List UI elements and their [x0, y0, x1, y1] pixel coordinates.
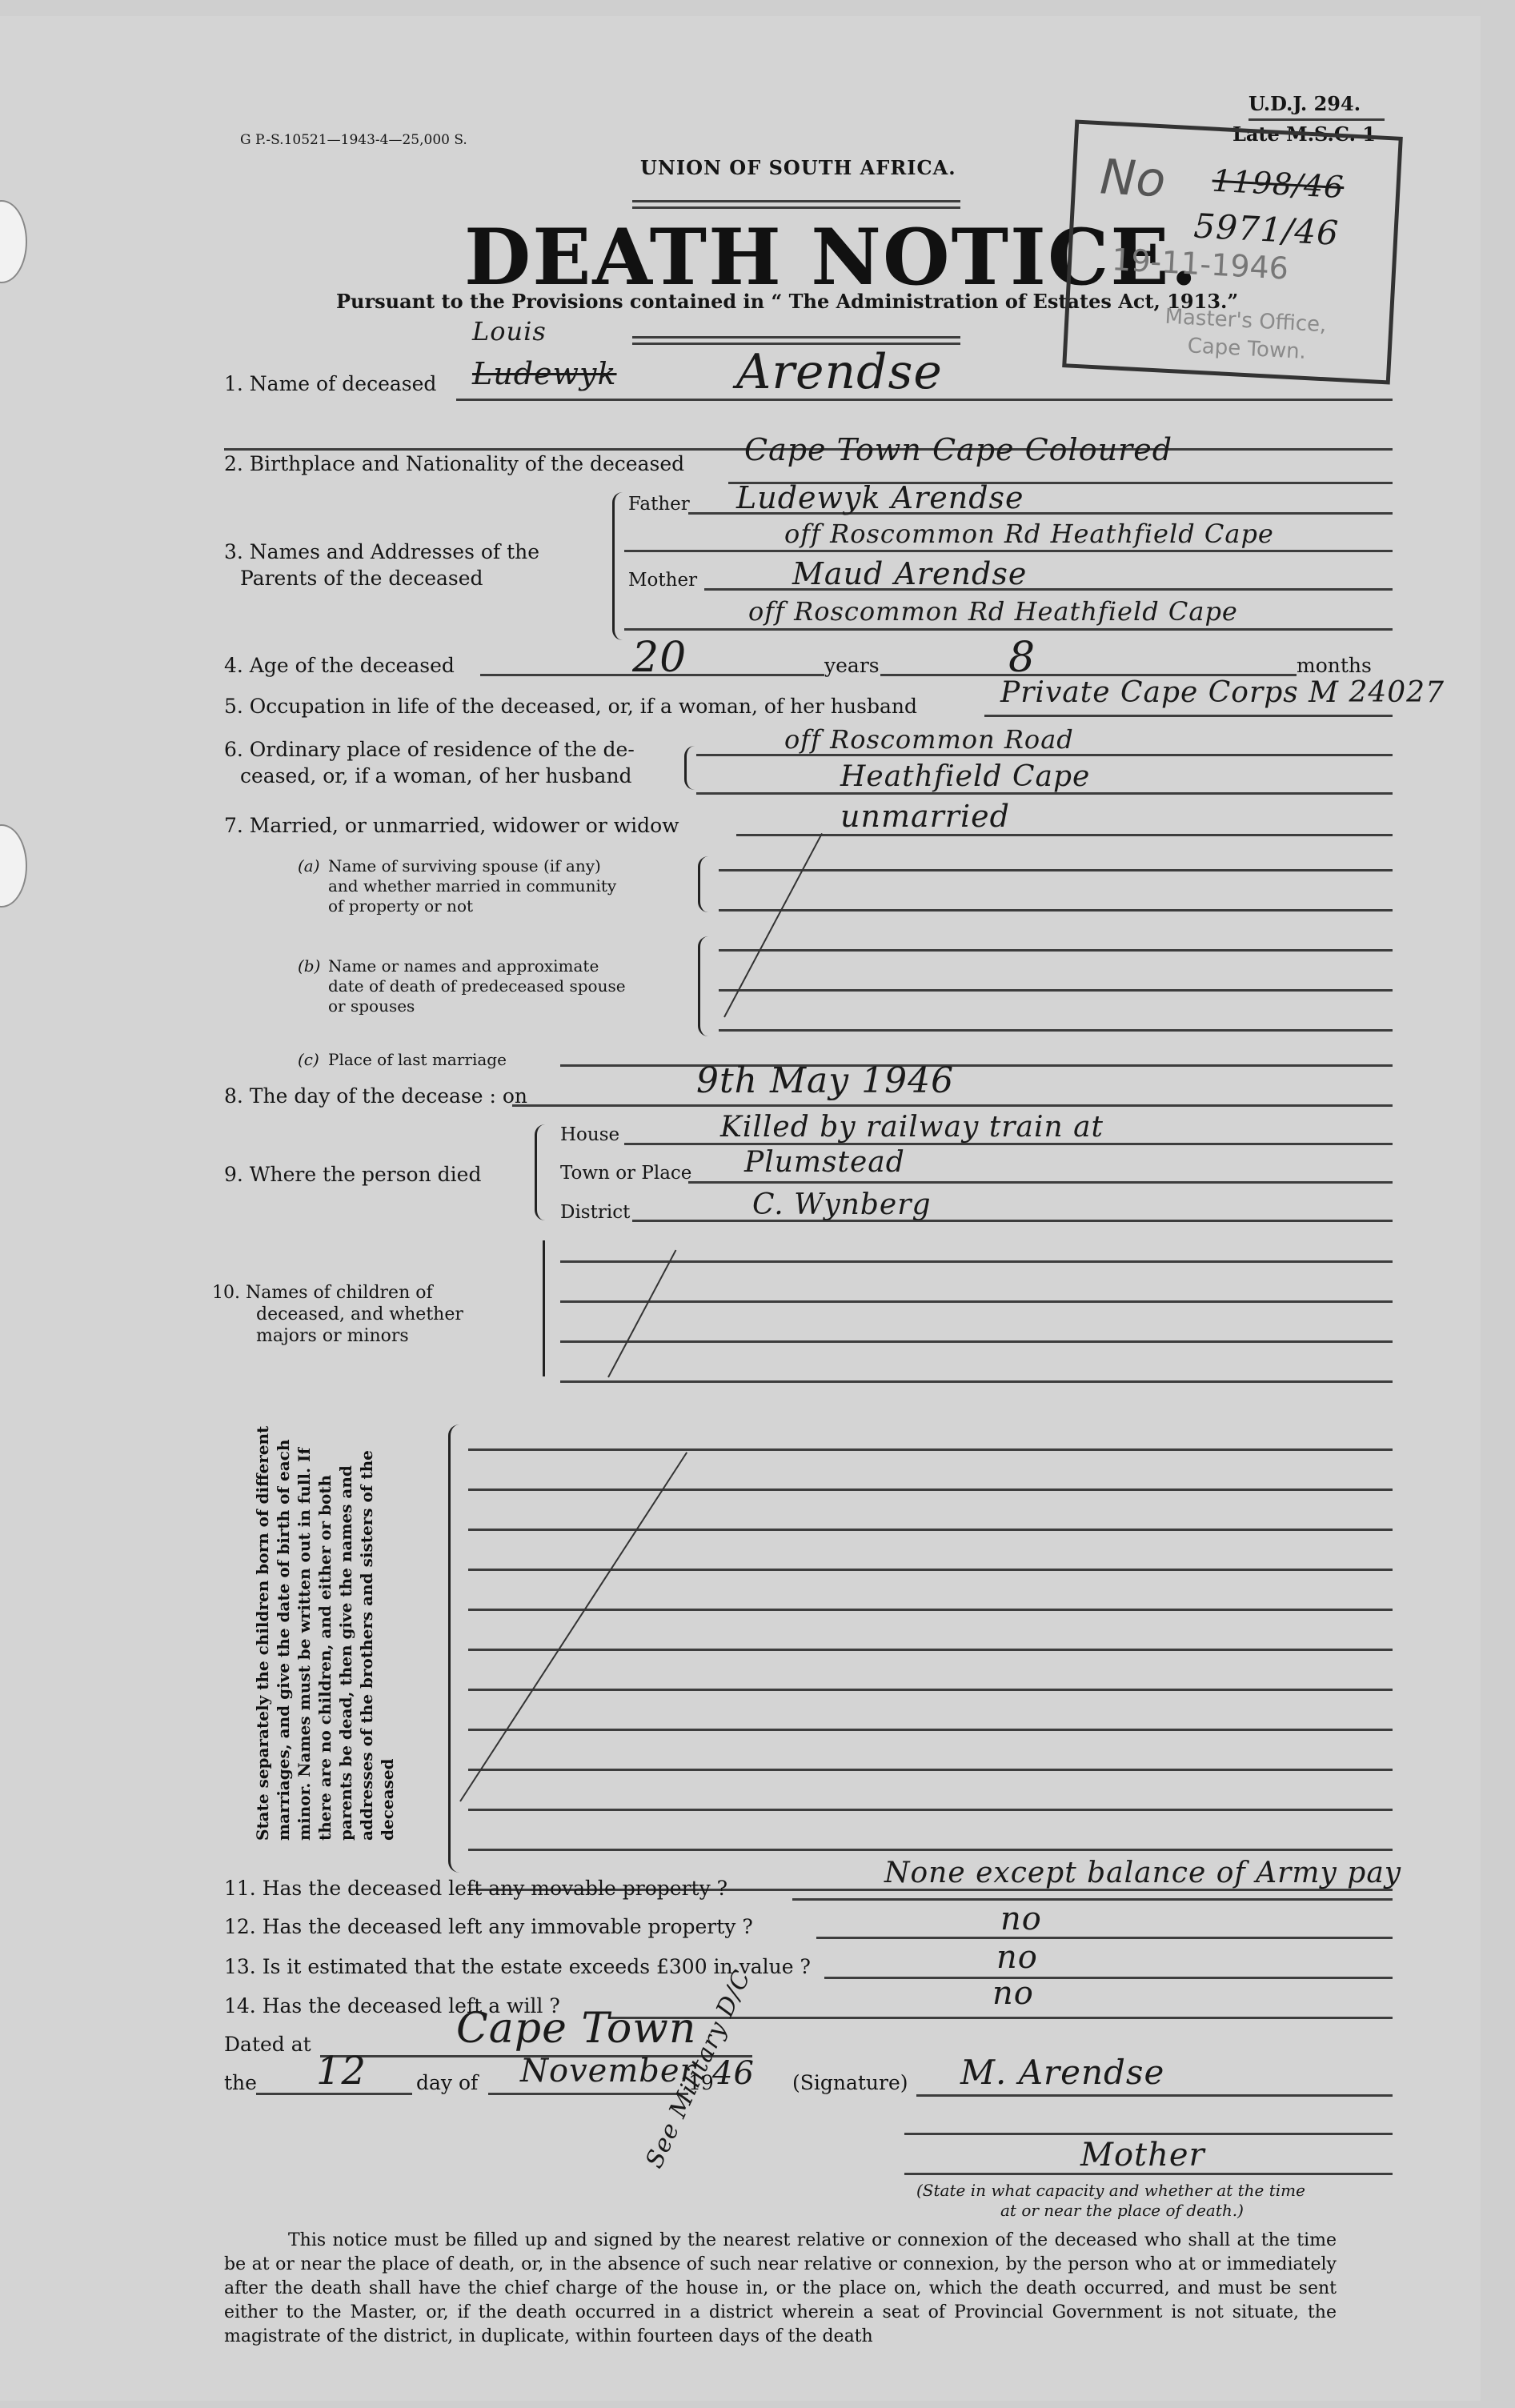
q2-value: Cape Town Cape Coloured [744, 432, 1172, 467]
q9-label: 9. Where the person died [224, 1163, 481, 1186]
q9-house-value: Killed by railway train at [720, 1111, 1104, 1144]
q7b-label-2: date of death of predeceased spouse [328, 976, 626, 996]
children-line [468, 1569, 1393, 1571]
children-line [468, 1529, 1393, 1531]
q8-line [512, 1104, 1393, 1107]
signature-value: M. Arendse [960, 2053, 1164, 2092]
footer-notice: This notice must be filled up and signed… [224, 2229, 1337, 2349]
q9-district-value: C. Wynberg [752, 1188, 932, 1221]
masters-office-stamp: No 1198/46 5971/46 19-11-1946 Master's O… [1062, 119, 1403, 384]
q10-cancel-stroke [607, 1250, 676, 1378]
q3-mother-name: Maud Arendse [792, 556, 1027, 591]
q7a-label-2: and whether married in community [328, 876, 616, 895]
q7b-line-1 [719, 949, 1393, 952]
day-value: 12 [316, 2049, 367, 2093]
punch-hole [0, 200, 27, 283]
q4-years-value: 20 [632, 634, 687, 682]
the-label: the [224, 2071, 257, 2094]
capacity-note-2: at or near the place of death.) [1000, 2201, 1244, 2220]
q6-line-1 [696, 754, 1393, 756]
children-line [468, 1769, 1393, 1771]
q8-value: 9th May 1946 [696, 1060, 954, 1101]
country-heading: UNION OF SOUTH AFRICA. [640, 156, 956, 179]
q9-house-line [624, 1143, 1393, 1145]
capacity-value: Mother [1080, 2137, 1205, 2174]
q3-father-line [688, 512, 1393, 515]
signature-line [916, 2094, 1393, 2097]
q9-town-value: Plumstead [744, 1146, 905, 1179]
stamp-number-struck: 1198/46 [1211, 163, 1345, 206]
month-value: November [520, 2053, 696, 2089]
q3-mother-label: Mother [628, 570, 697, 591]
q7c-label: Place of last marriage [328, 1050, 507, 1069]
q1-surname: Arendse [736, 344, 943, 400]
q3-father-address: off Roscommon Rd Heathfield Cape [784, 519, 1274, 549]
q11-value: None except balance of Army pay [884, 1857, 1401, 1889]
q13-label: 13. Is it estimated that the estate exce… [224, 1955, 811, 1978]
q7b-line-2 [719, 989, 1393, 992]
q3-father-label: Father [628, 494, 690, 515]
capacity-line-bottom [904, 2173, 1393, 2175]
day-line [256, 2093, 412, 2095]
print-reference: G P.-S.10521—1943-4—25,000 S. [240, 132, 467, 148]
q11-line [792, 1898, 1393, 1901]
q10-label-3: majors or minors [256, 1326, 409, 1346]
q7a-label-3: of property or not [328, 896, 473, 916]
stamp-number: 5971/46 [1192, 206, 1340, 252]
punch-hole [0, 824, 27, 908]
q9-district-line [632, 1220, 1393, 1222]
q7b-label-1: Name or names and approximate [328, 956, 599, 976]
q7b-tag: (b) [298, 956, 320, 976]
heading-rule [632, 206, 960, 209]
q3-mother-address-line [624, 628, 1393, 631]
children-line [468, 1849, 1393, 1851]
q7-line [736, 834, 1393, 836]
q10-line-4 [560, 1380, 1393, 1383]
q1-first-name-struck: Ludewyk [472, 356, 617, 391]
q4-years-label: years [824, 654, 880, 677]
q3-mother-address: off Roscommon Rd Heathfield Cape [748, 596, 1238, 627]
q7b-label-3: or spouses [328, 996, 415, 1016]
year-value: 46 [712, 2055, 755, 2092]
stamp-town: Cape Town. [1187, 334, 1307, 364]
dated-value: Cape Town [456, 2005, 696, 2053]
children-instructions: State separately the children born of di… [252, 1408, 398, 1841]
q10-brace [543, 1240, 553, 1376]
heading-rule [632, 200, 960, 202]
q3-label: 3. Names and Addresses of the [224, 540, 539, 563]
q9-brace [535, 1124, 545, 1220]
q7a-brace [698, 856, 708, 912]
q1-first-name-inserted: Louis [472, 316, 547, 347]
q11-label: 11. Has the deceased left any movable pr… [224, 1877, 727, 1900]
dated-label: Dated at [224, 2033, 311, 2056]
q9-town-line [688, 1181, 1393, 1184]
q7b-line-3 [719, 1029, 1393, 1032]
q3-label-2: Parents of the deceased [240, 567, 483, 590]
q1-label: 1. Name of deceased [224, 372, 436, 395]
children-line [468, 1809, 1393, 1811]
q3-mother-line [704, 588, 1393, 591]
q13-line [824, 1977, 1393, 1979]
q7a-tag: (a) [298, 856, 320, 875]
q6-line1-value: off Roscommon Road [784, 724, 1074, 755]
heading-rule [632, 336, 960, 339]
q3-father-address-line [624, 550, 1393, 552]
q12-line [816, 1937, 1393, 1939]
q5-line [984, 715, 1393, 717]
children-line [468, 1729, 1393, 1731]
q14-value: no [992, 1975, 1034, 2012]
q13-value: no [996, 1939, 1038, 1976]
q7c-tag: (c) [298, 1050, 319, 1069]
stamp-no-label: No [1099, 149, 1167, 208]
q7a-label-1: Name of surviving spouse (if any) [328, 856, 601, 875]
q10-label-1: 10. Names of children of [212, 1283, 433, 1303]
form-code-divider [1248, 118, 1385, 121]
q3-father-name: Ludewyk Arendse [736, 480, 1024, 515]
q9-town-label: Town or Place [560, 1163, 691, 1184]
q10-line-2 [560, 1300, 1393, 1303]
stamp-office: Master's Office, [1164, 305, 1327, 338]
q9-house-label: House [560, 1124, 619, 1145]
q4-months-label: months [1297, 654, 1372, 677]
q10-line-1 [560, 1260, 1393, 1263]
q6-line-2 [696, 792, 1393, 795]
q7a-line-2 [719, 909, 1393, 912]
q4-months-value: 8 [1008, 634, 1036, 682]
children-line [468, 1609, 1393, 1611]
day-of-label: day of [416, 2071, 478, 2094]
q7b-brace [698, 936, 708, 1036]
children-line [468, 1488, 1393, 1491]
q12-value: no [1000, 1901, 1042, 1937]
q9-district-label: District [560, 1202, 630, 1223]
q8-label: 8. The day of the decease : on [224, 1084, 527, 1108]
q7a-line-1 [719, 869, 1393, 871]
children-line [468, 1448, 1393, 1451]
q7c-line [560, 1064, 1393, 1067]
children-line [468, 1649, 1393, 1651]
q2-label: 2. Birthplace and Nationality of the dec… [224, 452, 684, 475]
q12-label: 12. Has the deceased left any immovable … [224, 1915, 753, 1938]
q4-label: 4. Age of the deceased [224, 654, 455, 677]
q6-brace [684, 746, 695, 790]
q1-line [456, 399, 1393, 401]
q6-line2-value: Heathfield Cape [840, 760, 1090, 793]
signature-label: (Signature) [792, 2071, 908, 2094]
death-notice-form: G P.-S.10521—1943-4—25,000 S. U.D.J. 294… [0, 16, 1481, 2401]
month-line [488, 2093, 688, 2095]
q6-label-2: ceased, or, if a woman, of her husband [240, 764, 632, 787]
q10-label-2: deceased, and whether [256, 1304, 463, 1324]
q3-brace [612, 492, 623, 640]
q5-label: 5. Occupation in life of the deceased, o… [224, 695, 917, 718]
children-line [468, 1689, 1393, 1691]
q10-line-3 [560, 1340, 1393, 1343]
capacity-note-1: (State in what capacity and whether at t… [916, 2181, 1305, 2200]
form-code: U.D.J. 294. [1248, 92, 1361, 115]
children-cancel-stroke [459, 1452, 687, 1801]
q5-value: Private Cape Corps M 24027 [1000, 676, 1445, 709]
children-brace [448, 1424, 462, 1873]
capacity-line-top [904, 2133, 1393, 2135]
q7-label: 7. Married, or unmarried, widower or wid… [224, 814, 679, 837]
q6-label: 6. Ordinary place of residence of the de… [224, 738, 635, 761]
q7-value: unmarried [840, 799, 1010, 834]
